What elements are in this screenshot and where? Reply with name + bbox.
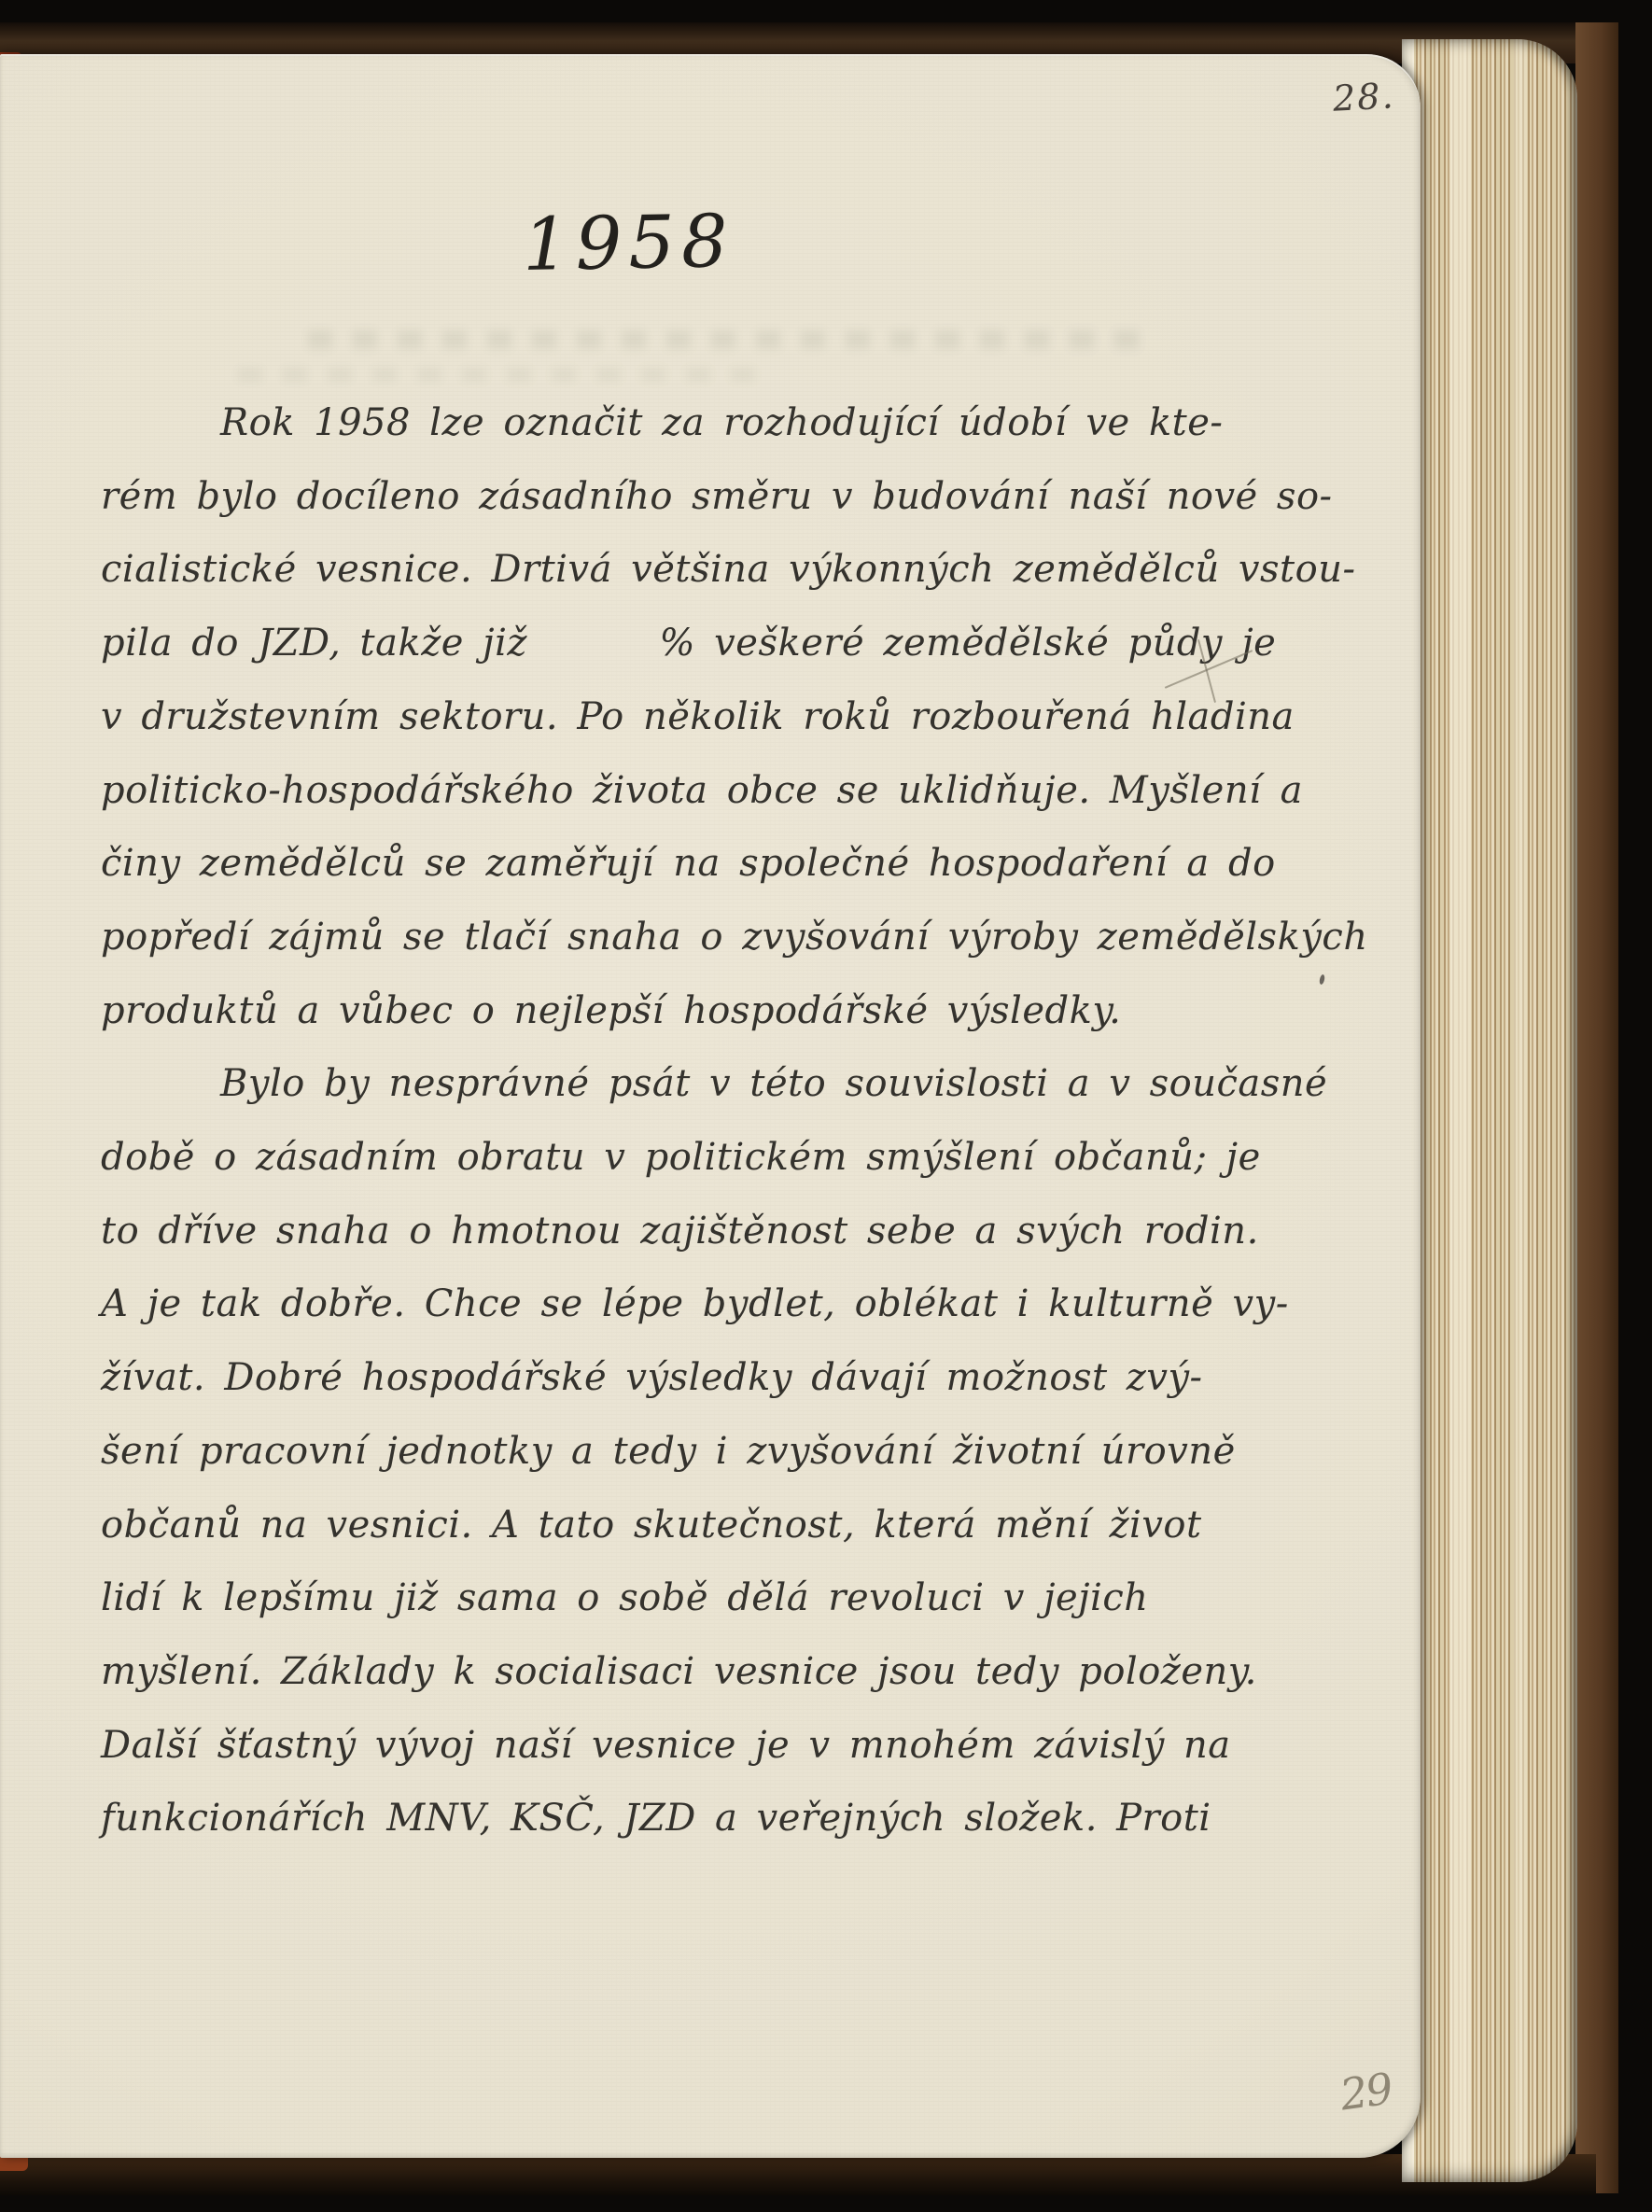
text-line: žívat. Dobré hospodářské výsledky dávají… bbox=[101, 1341, 1144, 1415]
book-photo: 28. 1958 Rok 1958 lze označit za rozhodu… bbox=[0, 0, 1652, 2212]
bleedthrough-ghost-line bbox=[308, 330, 1157, 349]
text-line: pila do JZD, takže již % veškeré zeměděl… bbox=[101, 607, 1144, 680]
text-line: cialistické vesnice. Drtivá většina výko… bbox=[101, 533, 1144, 607]
pencil-page-number: 29 bbox=[1337, 2063, 1395, 2120]
book-cover-right-edge bbox=[1575, 22, 1618, 2193]
text-line: Rok 1958 lze označit za rozhodující údob… bbox=[101, 386, 1144, 460]
text-line: šení pracovní jednotky a tedy i zvyšován… bbox=[101, 1415, 1144, 1489]
text-line: činy zemědělců se zaměřují na společné h… bbox=[101, 827, 1144, 901]
text-line: občanů na vesnici. A tato skutečnost, kt… bbox=[101, 1489, 1144, 1562]
text-line: myšlení. Základy k socialisaci vesnice j… bbox=[101, 1635, 1144, 1709]
text-line: době o zásadním obratu v politickém smýš… bbox=[101, 1121, 1144, 1195]
text-line: Bylo by nesprávné psát v této souvislost… bbox=[101, 1047, 1144, 1121]
year-title: 1958 bbox=[522, 200, 735, 287]
text-line: v družstevním sektoru. Po několik roků r… bbox=[101, 680, 1144, 754]
text-line: funkcionářích MNV, KSČ, JZD a veřejných … bbox=[101, 1782, 1144, 1855]
page-number: 28. bbox=[1332, 75, 1396, 119]
page-fore-edge-stack bbox=[1402, 39, 1577, 2182]
text-line: popředí zájmů se tlačí snaha o zvyšování… bbox=[101, 901, 1144, 974]
text-line: to dříve snaha o hmotnou zajištěnost seb… bbox=[101, 1195, 1144, 1268]
text-line: A je tak dobře. Chce se lépe bydlet, obl… bbox=[101, 1267, 1144, 1341]
ink-speck bbox=[1319, 974, 1325, 986]
book-cover-bottom-edge bbox=[0, 2154, 1596, 2195]
chronicle-page: 28. 1958 Rok 1958 lze označit za rozhodu… bbox=[0, 54, 1421, 2158]
text-line: politicko-hospodářského života obce se u… bbox=[101, 754, 1144, 828]
text-line: lidí k lepšímu již sama o sobě dělá revo… bbox=[101, 1561, 1144, 1635]
text-line: rém bylo docíleno zásadního směru v budo… bbox=[101, 460, 1144, 534]
text-line: produktů a vůbec o nejlepší hospodářské … bbox=[101, 974, 1144, 1048]
text-line: Další šťastný vývoj naší vesnice je v mn… bbox=[101, 1709, 1144, 1783]
chronicle-text: Rok 1958 lze označit za rozhodující údob… bbox=[101, 386, 1144, 1855]
bleedthrough-ghost-line bbox=[238, 368, 761, 382]
